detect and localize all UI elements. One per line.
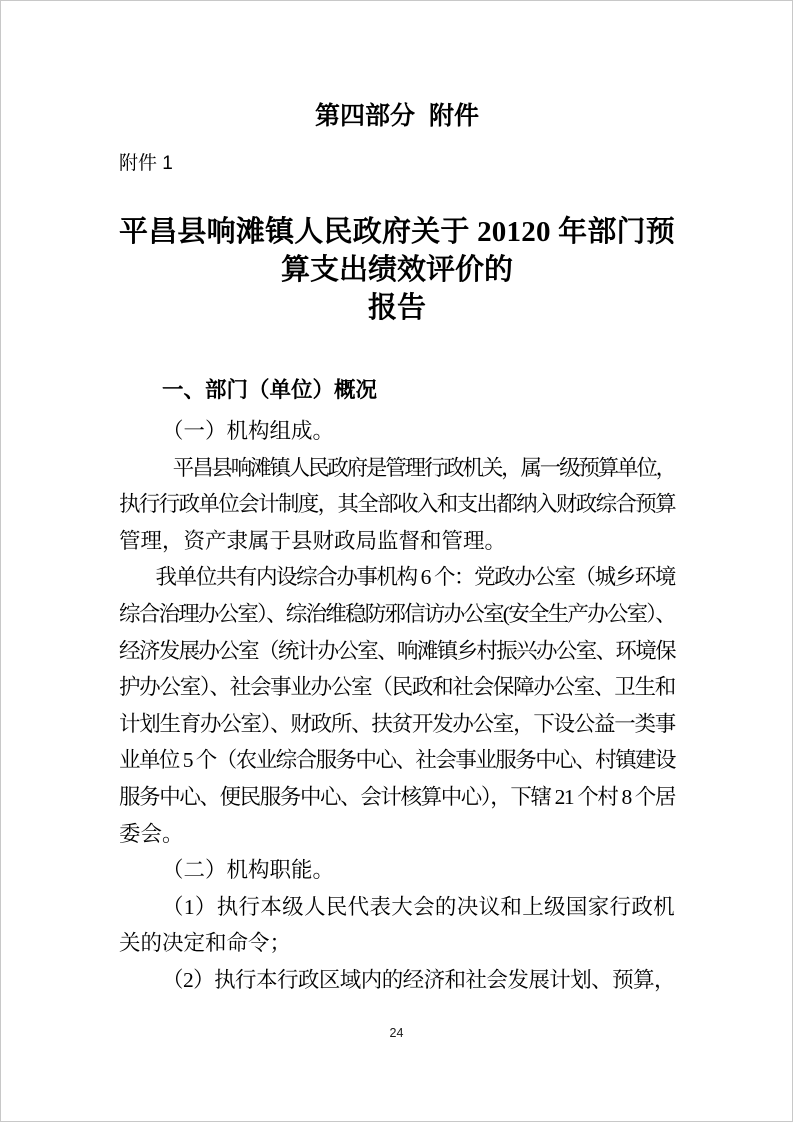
part-heading: 第四部分 附件: [119, 101, 675, 131]
report-title-line-2: 算支出绩效评价的: [119, 251, 675, 289]
page-number: 24: [1, 1025, 792, 1041]
paragraph: （1）执行本级人民代表大会的决议和上级国家行政机关的决定和命令；: [119, 889, 675, 962]
report-title: 平昌县响滩镇人民政府关于 20120 年部门预 算支出绩效评价的 报告: [119, 213, 675, 327]
body-line: 经济发展办公室（统计办公室、响滩镇乡村振兴办公室、环境保: [119, 633, 675, 670]
body-line: 护办公室）、社会事业办公室（民政和社会保障办公室、卫生和: [119, 669, 675, 706]
body-line: 计划生育办公室）、财政所、扶贫开发办公室，下设公益一类事: [119, 706, 675, 743]
body-line: （1）执行本级人民代表大会的决议和上级国家行政机: [119, 889, 675, 926]
paragraph: 我单位共有内设综合办事机构 6 个：党政办公室（城乡环境综合治理办公室）、综治维…: [119, 559, 675, 852]
body-line: 我单位共有内设综合办事机构 6 个：党政办公室（城乡环境: [119, 559, 675, 596]
paragraph: （二）机构职能。: [119, 852, 675, 889]
body-line: 委会。: [119, 816, 675, 853]
paragraph: 平昌县响滩镇人民政府是管理行政机关，属一级预算单位，执行行政单位会计制度，其全部…: [119, 450, 675, 560]
body-line: 关的决定和命令；: [119, 925, 675, 962]
paragraph: （一）机构组成。: [119, 413, 675, 450]
attachment-label: 附件 1: [119, 153, 675, 175]
body-line: 服务中心、便民服务中心、会计核算中心），下辖 21 个村 8 个居: [119, 779, 675, 816]
body-line: 管理，资产隶属于县财政局监督和管理。: [119, 523, 675, 560]
body-line: （2）执行本行政区域内的经济和社会发展计划、预算，: [119, 962, 675, 999]
body-paragraphs: （一）机构组成。平昌县响滩镇人民政府是管理行政机关，属一级预算单位，执行行政单位…: [119, 413, 675, 999]
paragraph: （2）执行本行政区域内的经济和社会发展计划、预算，: [119, 962, 675, 999]
section-heading: 一、部门（单位）概况: [119, 377, 675, 403]
body-line: 执行行政单位会计制度，其全部收入和支出都纳入财政综合预算: [119, 486, 675, 523]
body-line: （二）机构职能。: [119, 852, 675, 889]
body-line: 综合治理办公室）、综治维稳防邪信访办公室(安全生产办公室）、: [119, 596, 675, 633]
document-page: 第四部分 附件 附件 1 平昌县响滩镇人民政府关于 20120 年部门预 算支出…: [0, 0, 793, 1122]
body-line: 业单位 5 个（农业综合服务中心、社会事业服务中心、村镇建设: [119, 742, 675, 779]
body-line: （一）机构组成。: [119, 413, 675, 450]
report-title-line-1: 平昌县响滩镇人民政府关于 20120 年部门预: [119, 213, 675, 251]
body-line: 平昌县响滩镇人民政府是管理行政机关，属一级预算单位，: [119, 450, 675, 487]
report-title-line-3: 报告: [119, 289, 675, 327]
